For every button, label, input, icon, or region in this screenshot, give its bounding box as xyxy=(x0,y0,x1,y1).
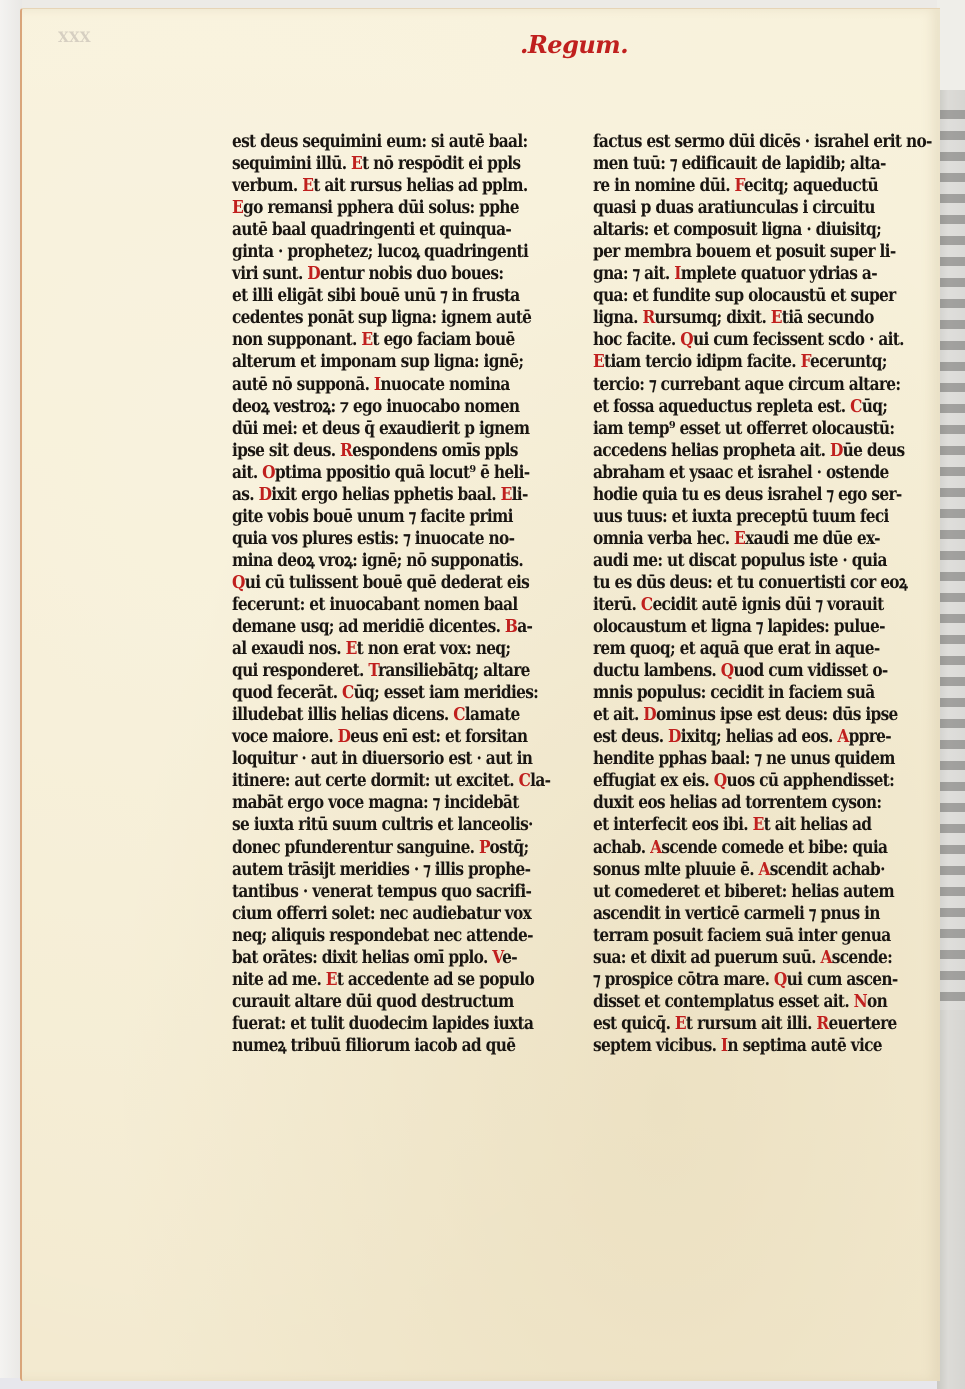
text-line: tu es dūs deus: et tu conuertisti cor eo… xyxy=(593,572,905,594)
rubricated-initial: E xyxy=(753,815,764,835)
rubricated-initial: R xyxy=(642,308,654,328)
running-head: .Regum. xyxy=(520,30,628,59)
rubricated-initial: Q xyxy=(680,330,693,350)
text-line: tantibus · venerat tempus quo sacrifi- xyxy=(232,881,540,903)
text-line: ipse sit deus. Respondens omīs ppls xyxy=(232,440,540,462)
text-line: est deus sequimini eum: si autē baal: xyxy=(232,131,540,153)
rubricated-initial: I xyxy=(721,1036,728,1056)
text-line: curauit altare dūi quod destructum xyxy=(232,991,540,1013)
rubricated-initial: A xyxy=(650,838,661,858)
text-line: mnis populus: cecidit in faciem suā xyxy=(593,682,905,704)
offset-mark: XXX xyxy=(58,30,91,46)
text-line: et illi eligāt sibi bouē unū ⁊ in frusta xyxy=(232,285,540,307)
text-line: abraham et ysaac et israhel · ostende xyxy=(593,462,905,484)
rubricated-initial: D xyxy=(307,264,320,284)
rubricated-initial: E xyxy=(326,970,337,990)
text-column-left: est deus sequimini eum: si autē baal:seq… xyxy=(232,131,540,1057)
rubricated-initial: C xyxy=(342,683,354,703)
text-line: voce maiore. Deus enī est: et forsitan xyxy=(232,726,540,748)
text-column-right: factus est sermo dūi dicēs · israhel eri… xyxy=(593,131,905,1057)
rubricated-initial: D xyxy=(643,705,656,725)
text-line: quod fecerāt. Cūq; esset iam meridies: xyxy=(232,682,540,704)
rubricated-initial: V xyxy=(492,948,502,968)
rubricated-initial: E xyxy=(501,485,512,505)
text-line: nite ad me. Et accedente ad se populo xyxy=(232,969,540,991)
text-line: ascendit in verticē carmeli ⁊ pnus in xyxy=(593,903,905,925)
text-line: Qui cū tulissent bouē quē dederat eis xyxy=(232,572,540,594)
text-line: effugiat ex eis. Quos cū apphendisset: xyxy=(593,770,905,792)
text-line: olocaustum et ligna ⁊ lapides: pulue- xyxy=(593,616,905,638)
text-line: ut comederet et biberet: helias autem xyxy=(593,881,905,903)
rubricated-initial: Q xyxy=(774,970,787,990)
text-line: sequimini illū. Et nō respōdit ei ppls xyxy=(232,153,540,175)
rubricated-initial: F xyxy=(801,352,810,372)
text-line: quia vos plures estis: ⁊ inuocate no- xyxy=(232,528,540,550)
rubricated-initial: A xyxy=(759,860,770,880)
rubricated-initial: T xyxy=(368,661,378,681)
rubricated-initial: C xyxy=(641,595,653,615)
text-line: iam temp⁹ esset ut offerret olocaustū: xyxy=(593,418,905,440)
text-line: est quicq̄. Et rursum ait illi. Reuerter… xyxy=(593,1013,905,1035)
text-line: terram posuit faciem suā inter genua xyxy=(593,925,905,947)
text-line: accedens helias propheta ait. Dūe deus xyxy=(593,440,905,462)
text-line: loquitur · aut in diuersorio est · aut i… xyxy=(232,748,540,770)
text-line: se iuxta ritū suum cultris et lanceolis· xyxy=(232,814,540,836)
text-line: tercio: ⁊ currebant aque circum altare: xyxy=(593,374,905,396)
rubricated-initial: E xyxy=(232,198,243,218)
text-line: mina deoꝝ vroꝝ: ignē; nō supponatis. xyxy=(232,550,540,572)
text-line: uus tuus: et iuxta preceptū tuum feci xyxy=(593,506,905,528)
text-line: donec pfunderentur sanguine. Postq̄; xyxy=(232,837,540,859)
text-line: est deus. Dixitq; helias ad eos. Appre- xyxy=(593,726,905,748)
text-line: non supponant. Et ego faciam bouē xyxy=(232,329,540,351)
text-line: achab. Ascende comede et bibe: quia xyxy=(593,837,905,859)
rubricated-initial: C xyxy=(453,705,465,725)
rubricated-initial: D xyxy=(830,441,843,461)
text-line: rem quoq; et aquā que erat in aque- xyxy=(593,638,905,660)
text-line: omnia verba hec. Exaudi me dūe ex- xyxy=(593,528,905,550)
rubricated-initial: Q xyxy=(721,661,734,681)
rubricated-initial: A xyxy=(837,727,848,747)
rubricated-initial: R xyxy=(340,441,352,461)
text-line: al exaudi nos. Et non erat vox: neq; xyxy=(232,638,540,660)
rubricated-initial: E xyxy=(351,154,362,174)
text-line: alterum et imponam sup ligna: ignē; xyxy=(232,351,540,373)
text-line: hodie quia tu es deus israhel ⁊ ego ser- xyxy=(593,484,905,506)
rubricated-initial: E xyxy=(771,308,782,328)
text-line: men tuū: ⁊ edificauit de lapidib; alta- xyxy=(593,153,905,175)
rubricated-initial: E xyxy=(593,352,604,372)
scan-background-left xyxy=(0,0,22,1389)
rubricated-initial: Q xyxy=(232,573,245,593)
text-line: iterū. Cecidit autē ignis dūi ⁊ vorauit xyxy=(593,594,905,616)
text-line: et ait. Dominus ipse est deus: dūs ipse xyxy=(593,704,905,726)
text-line: qua: et fundite sup olocaustū et super xyxy=(593,285,905,307)
rubricated-initial: E xyxy=(675,1014,686,1034)
rubricated-initial: E xyxy=(346,639,357,659)
rubricated-initial: D xyxy=(668,727,681,747)
rubricated-initial: R xyxy=(816,1014,828,1034)
text-line: cium offerri solet: nec audiebatur vox xyxy=(232,903,540,925)
rubricated-initial: C xyxy=(519,771,531,791)
text-line: ait. Optima ppositio quā locut⁹ ē heli- xyxy=(232,462,540,484)
text-line: ginta · prophetez; lucoꝝ quadringenti xyxy=(232,241,540,263)
text-line: ⁊ prospice cōtra mare. Qui cum ascen- xyxy=(593,969,905,991)
text-line: autē nō supponā. Inuocate nomina xyxy=(232,374,540,396)
text-line: viri sunt. Dentur nobis duo boues: xyxy=(232,263,540,285)
text-line: qui responderet. Transiliebātq; altare xyxy=(232,660,540,682)
rubricated-initial: E xyxy=(734,529,745,549)
text-line: septem vicibus. In septima autē vice xyxy=(593,1035,905,1057)
text-line: hoc facite. Qui cum fecissent scdo · ait… xyxy=(593,329,905,351)
rubricated-initial: C xyxy=(850,397,862,417)
text-line: Etiam tercio idipm facite. Feceruntq; xyxy=(593,351,905,373)
rubricated-initial: O xyxy=(262,463,275,483)
text-line: Ego remansi pphera dūi solus: pphe xyxy=(232,197,540,219)
text-line: altaris: et composuit ligna · diuisitq; xyxy=(593,219,905,241)
text-line: illudebat illis helias dicens. Clamate xyxy=(232,704,540,726)
text-line: demane usq; ad meridiē dicentes. Ba- xyxy=(232,616,540,638)
rubricated-initial: F xyxy=(735,176,744,196)
text-line: gite vobis bouē unum ⁊ facite primi xyxy=(232,506,540,528)
rubricated-initial: N xyxy=(854,992,867,1012)
text-line: disset et contemplatus esset ait. Non xyxy=(593,991,905,1013)
text-line: as. Dixit ergo helias pphetis baal. Eli- xyxy=(232,484,540,506)
text-line: fuerat: et tulit duodecim lapides iuxta xyxy=(232,1013,540,1035)
text-line: duxit eos helias ad torrentem cyson: xyxy=(593,792,905,814)
rubricated-initial: D xyxy=(259,485,272,505)
text-line: audi me: ut discat populus iste · quia xyxy=(593,550,905,572)
text-line: itinere: aut certe dormit: ut excitet. C… xyxy=(232,770,540,792)
text-line: neq; aliquis respondebat nec attende- xyxy=(232,925,540,947)
text-line: deoꝝ vestroꝝ: ⁊ ego inuocabo nomen xyxy=(232,396,540,418)
rubricated-initial: D xyxy=(338,727,351,747)
rubricated-initial: E xyxy=(361,330,372,350)
text-line: factus est sermo dūi dicēs · israhel eri… xyxy=(593,131,905,153)
text-line: sonus mlte pluuie ē. Ascendit achab· xyxy=(593,859,905,881)
rubricated-initial: E xyxy=(302,176,313,196)
text-line: per membra bouem et posuit super li- xyxy=(593,241,905,263)
text-line: numeꝝ tribuū filiorum iacob ad quē xyxy=(232,1035,540,1057)
text-line: mabāt ergo voce magna: ⁊ incidebāt xyxy=(232,792,540,814)
text-line: gna: ⁊ ait. Implete quatuor ydrias a- xyxy=(593,263,905,285)
text-line: quasi p duas aratiunculas i circuitu xyxy=(593,197,905,219)
text-line: autem trāsijt meridies · ⁊ illis prophe- xyxy=(232,859,540,881)
scan-background-top-right xyxy=(937,0,965,90)
text-line: autē baal quadringenti et quinqua- xyxy=(232,219,540,241)
text-line: verbum. Et ait rursus helias ad pplm. xyxy=(232,175,540,197)
rubricated-initial: B xyxy=(505,617,517,637)
text-line: hendite pphas baal: ⁊ ne unus quidem xyxy=(593,748,905,770)
rubricated-initial: I xyxy=(674,264,681,284)
text-line: dūi mei: et deus q̄ exaudierit p ignem xyxy=(232,418,540,440)
facing-page-edge xyxy=(937,90,965,1389)
rubricated-initial: P xyxy=(479,838,489,858)
text-line: bat orātes: dixit helias omī pplo. Ve- xyxy=(232,947,540,969)
text-line: sua: et dixit ad puerum suū. Ascende: xyxy=(593,947,905,969)
rubricated-initial: Q xyxy=(714,771,727,791)
text-line: re in nomine dūi. Fecitq; aqueductū xyxy=(593,175,905,197)
rubricated-initial: A xyxy=(821,948,832,968)
rubricated-initial: I xyxy=(374,375,381,395)
text-line: cedentes ponāt sup ligna: ignem autē xyxy=(232,307,540,329)
text-line: fecerunt: et inuocabant nomen baal xyxy=(232,594,540,616)
text-line: ductu lambens. Quod cum vidisset o- xyxy=(593,660,905,682)
facing-page-text xyxy=(937,110,965,1010)
text-line: ligna. Rursumq; dixit. Etiā secundo xyxy=(593,307,905,329)
text-line: et interfecit eos ibi. Et ait helias ad xyxy=(593,814,905,836)
text-line: et fossa aqueductus repleta est. Cūq; xyxy=(593,396,905,418)
